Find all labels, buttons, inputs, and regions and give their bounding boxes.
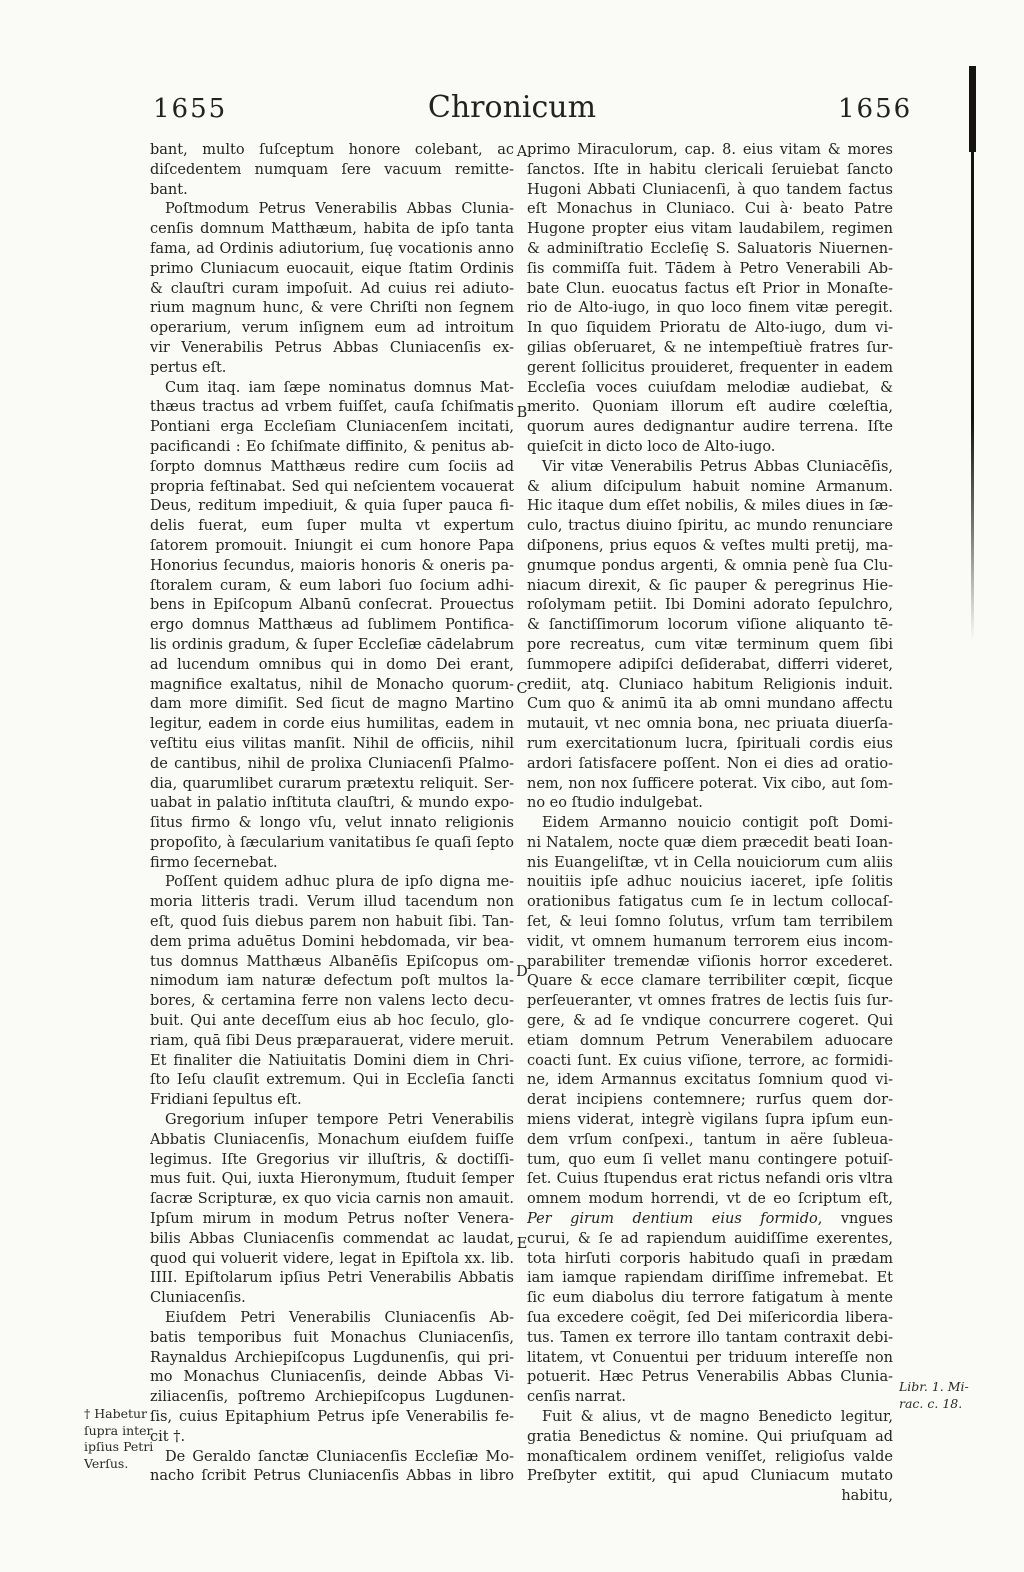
text-line: Eccleſia voces cuiuſdam melodiæ audiebat… <box>527 379 893 399</box>
text-line: quorum aures dedignantur audire terrena.… <box>527 418 893 438</box>
text-line: bant, multo ſuſceptum honore colebant, a… <box>150 141 514 161</box>
section-letter-D: D <box>514 964 530 980</box>
text-line: ſis commiſſa fuit. Tādem à Petro Venerab… <box>527 260 893 280</box>
text-line: lis ordinis gradum, & ſuper Eccleſiæ cād… <box>150 636 514 656</box>
text-line: fama, ad Ordinis adiutorium, ſuę vocatio… <box>150 240 514 260</box>
page-header: 1655 Chronicum 1656 <box>0 90 1024 132</box>
text-line: ſtoralem curam, & eum labori ſuo ſocium … <box>150 577 514 597</box>
book-page-scan: 1655 Chronicum 1656 bant, multo ſuſceptu… <box>0 0 1024 1572</box>
text-line: dia, quarumlibet curarum prætextu reliqu… <box>150 775 514 795</box>
text-line: nem, non nox ſufficere poterat. Vix cibo… <box>527 775 893 795</box>
text-line: propria feſtinabat. Sed qui neſcientem v… <box>150 478 514 498</box>
text-line: riam, quā ſibi Deus præparauerat, videre… <box>150 1032 514 1052</box>
text-line: thæus tractus ad vrbem fuiſſet, cauſa ſc… <box>150 398 514 418</box>
text-line: ſanctos. Iſte in habitu clericali ſeruie… <box>527 161 893 181</box>
text-line: parabiliter tremendæ viſionis horror exc… <box>527 953 893 973</box>
text-line: primo Miraculorum, cap. 8. eius vitam & … <box>527 141 893 161</box>
text-line: Quare & ecce clamare terribiliter cœpit,… <box>527 972 893 992</box>
text-line: rium magnum hunc, & vere Chriſti non ſeg… <box>150 299 514 319</box>
text-line: bores, & certamina ferre non valens lect… <box>150 992 514 1012</box>
text-line: cit †. <box>150 1428 514 1448</box>
text-line: ergo domnus Matthæus ad ſublimem Pontifi… <box>150 616 514 636</box>
text-line: nacho ſcribit Petrus Cluniacenſis Abbas … <box>150 1467 514 1487</box>
text-line: ſatorem promouit. Iniungit ei cum honore… <box>150 537 514 557</box>
section-letter-C: C <box>514 681 530 697</box>
scan-artifact-bar-fade <box>971 150 974 640</box>
text-line: Cum quo & animū ita ab omni mundano affe… <box>527 695 893 715</box>
text-line: perſeueranter, vt omnes fratres de lecti… <box>527 992 893 1012</box>
text-line: Cluniacenſis. <box>150 1289 514 1309</box>
text-line: cenſis domnum Matthæum, habita de ipſo t… <box>150 220 514 240</box>
text-line: miens viderat, integrè vigilans ſupra ip… <box>527 1111 893 1131</box>
text-line: Honorius ſecundus, maioris honoris & one… <box>150 557 514 577</box>
text-line: propoſito, à ſæcularium vanitatibus ſe q… <box>150 834 514 854</box>
text-line: roſolymam petiit. Ibi Domini adorato ſep… <box>527 596 893 616</box>
text-line: rum exercitationum lucra, ſpirituali cor… <box>527 735 893 755</box>
text-line: ziliacenſis, poſtremo Archiepiſcopus Lug… <box>150 1388 514 1408</box>
text-line: Hugoni Abbati Cluniacenſi, à quo tandem … <box>527 181 893 201</box>
text-line: gilias obſeruaret, & ne intempeſtiuè fra… <box>527 339 893 359</box>
text-line: veſtitu eius vilitas manſit. Nihil de of… <box>150 735 514 755</box>
text-line: tus. Tamen ex terrore illo tantam contra… <box>527 1329 893 1349</box>
text-line: magnifice exaltatus, nihil de Monacho qu… <box>150 676 514 696</box>
text-line: uabat in palatio inſtituta clauſtri, & m… <box>150 794 514 814</box>
text-line: tum, quo eum ſi vellet manu contingere p… <box>527 1151 893 1171</box>
text-column-left: bant, multo ſuſceptum honore colebant, a… <box>150 141 514 1487</box>
text-line: cenſis narrat. <box>527 1388 893 1408</box>
text-line: ſto Ieſu clauſit extremum. Qui in Eccleſ… <box>150 1071 514 1091</box>
text-line: dam more dimiſit. Sed ſicut de magno Mar… <box>150 695 514 715</box>
text-line: ſummopere adipiſci deſiderabat, differri… <box>527 656 893 676</box>
text-line: Poſtmodum Petrus Venerabilis Abbas Cluni… <box>150 200 514 220</box>
text-line: Poſſent quidem adhuc plura de ipſo digna… <box>150 873 514 893</box>
text-line: dem prima aduētus Domini hebdomada, vir … <box>150 933 514 953</box>
text-line: derat incipiens contemnere; rurſus quem … <box>527 1091 893 1111</box>
text-line: etiam domnum Petrum Venerabilem aduocare <box>527 1032 893 1052</box>
text-line: eſt, quod ſuis diebus parem non habuit ſ… <box>150 913 514 933</box>
text-line: Vir vitæ Venerabilis Petrus Abbas Clunia… <box>527 458 893 478</box>
text-line: ni Natalem, nocte quæ diem præcedit beat… <box>527 834 893 854</box>
text-line: & clauſtri curam impoſuit. Ad cuius rei … <box>150 280 514 300</box>
text-line: omnem modum horrendi, vt de eo ſcriptum … <box>527 1190 893 1210</box>
italic-quote: Per girum dentium eius formido <box>527 1211 818 1227</box>
text-line: litatem, vt Conuentui per triduum intere… <box>527 1349 893 1369</box>
text-line: Hugone propter eius vitam laudabilem, re… <box>527 220 893 240</box>
text-line: Deus, reditum impediuit, & quia ſuper pa… <box>150 497 514 517</box>
text-line: vir Venerabilis Petrus Abbas Cluniacenſi… <box>150 339 514 359</box>
text-line: ad lucendum omnibus qui in domo Dei eran… <box>150 656 514 676</box>
text-line: Abbatis Cluniacenſis, Monachum eiuſdem f… <box>150 1131 514 1151</box>
text-line: ipſius Petri <box>84 1439 166 1456</box>
text-line: no eo ſtudio indulgebat. <box>527 794 893 814</box>
text-line: bens in Epiſcopum Albanū conſecrat. Prou… <box>150 596 514 616</box>
text-line: bant. <box>150 181 514 201</box>
text-line: delis fuerat, eum ſuper multa vt expertu… <box>150 517 514 537</box>
text-line: In quo ſiquidem Prioratu de Alto-iugo, d… <box>527 319 893 339</box>
text-line: rediit, atq. Cluniaco habitum Religionis… <box>527 676 893 696</box>
text-line: nouitiis ipſe adhuc nouicius iaceret, ip… <box>527 873 893 893</box>
text-line: potuerit. Hæc Petrus Venerabilis Abbas C… <box>527 1368 893 1388</box>
text-column-right: primo Miraculorum, cap. 8. eius vitam & … <box>527 141 893 1507</box>
text-line: bate Clun. euocatus factus eſt Prior in … <box>527 280 893 300</box>
scan-artifact-bar-top <box>969 66 976 152</box>
page-number-right: 1656 <box>838 94 912 124</box>
text-line: mo Monachus Cluniacenſis, deinde Abbas V… <box>150 1368 514 1388</box>
text-line: ne, idem Armannus excitatus ſomnium quod… <box>527 1071 893 1091</box>
text-line: vidit, vt omnem humanum terrorem eius in… <box>527 933 893 953</box>
text-line: buit. Qui ante deceſſum eius ab hoc ſecu… <box>150 1012 514 1032</box>
text-line: Eidem Armanno nouicio contigit poſt Domi… <box>527 814 893 834</box>
text-line: iam iamque rapiendam diriſſime infremeba… <box>527 1269 893 1289</box>
text-line: gratia Benedictus & nomine. Qui priuſqua… <box>527 1428 893 1448</box>
text-line: Ipſum mirum in modum Petrus noſter Vener… <box>150 1210 514 1230</box>
margin-note-right: Libr. 1. Mi-rac. c. 18. <box>899 1379 991 1412</box>
text-line: primo Cluniacum euocauit, eique ſtatim O… <box>150 260 514 280</box>
text-line: ſet, & leui ſomno ſolutus, vrſum tam ter… <box>527 913 893 933</box>
text-line: rac. c. 18. <box>899 1396 991 1413</box>
text-line: Eiuſdem Petri Venerabilis Cluniacenſis A… <box>150 1309 514 1329</box>
text-line: ſua excedere coëgit, ſed Dei miſericordi… <box>527 1309 893 1329</box>
text-line: ſorpto domnus Matthæus redire cum ſociis… <box>150 458 514 478</box>
text-line: ſis, cuius Epitaphium Petrus ipſe Venera… <box>150 1408 514 1428</box>
text-line: pertus eſt. <box>150 359 514 379</box>
text-line: monaſticalem ordinem veniſſet, religioſu… <box>527 1448 893 1468</box>
text-line: pore recreatus, cum vitæ terminum quem ſ… <box>527 636 893 656</box>
text-line: dem vrſum conſpexi., tantum in aëre ſubl… <box>527 1131 893 1151</box>
text-line: moria litteris tradi. Verum illud tacend… <box>150 893 514 913</box>
text-line: & alium diſcipulum habuit nomine Armanum… <box>527 478 893 498</box>
text-line: † Habetur <box>84 1406 166 1423</box>
text-line: culo, tractus diuino ſpiritu, ac mundo r… <box>527 517 893 537</box>
text-line: ſitus firmo & longo vſu, velut innato re… <box>150 814 514 834</box>
text-line: mus fuit. Qui, iuxta Hieronymum, ſtuduit… <box>150 1170 514 1190</box>
text-line: Verſus. <box>84 1456 166 1473</box>
text-line: bilis Abbas Cluniacenſis commendat ac la… <box>150 1230 514 1250</box>
text-line: tota hirſuti corporis habitudo quaſi in … <box>527 1250 893 1270</box>
text-line: ſic eum diabolus diu terrore fatigatum à… <box>527 1289 893 1309</box>
text-line: ardori ſatisfacere poſſent. Non ei dies … <box>527 755 893 775</box>
text-line: Cum itaq. iam ſæpe nominatus domnus Mat- <box>150 379 514 399</box>
text-line: tus domnus Matthæus Albanēſis Epiſcopus … <box>150 953 514 973</box>
text-line: quod qui voluerit videre, legat in Epiſt… <box>150 1250 514 1270</box>
text-line: Preſbyter extitit, qui apud Cluniacum mu… <box>527 1467 893 1487</box>
section-letter-E: E <box>514 1236 530 1252</box>
text-line: rio de Alto-iugo, in quo loco finem vitæ… <box>527 299 893 319</box>
text-line: Et finaliter die Natiuitatis Domini diem… <box>150 1052 514 1072</box>
text-line: habitu, <box>527 1487 893 1507</box>
text-line: orationibus fatigatus cum ſe in lectum c… <box>527 893 893 913</box>
text-line: legitur, eadem in corde eius humilitas, … <box>150 715 514 735</box>
text-line: merito. Quoniam illorum eſt audire cœleſ… <box>527 398 893 418</box>
text-line: Fuit & alius, vt de magno Benedicto legi… <box>527 1408 893 1428</box>
text-line: operarium, verum inſignem eum ad introit… <box>150 319 514 339</box>
text-line: nis Euangeliſtæ, vt in Cella nouiciorum … <box>527 854 893 874</box>
text-line: ſet. Cuius ſtupendus erat rictus nefandi… <box>527 1170 893 1190</box>
text-line: ſupra inter <box>84 1423 166 1440</box>
text-line: quieſcit in dicto loco de Alto-iugo. <box>527 438 893 458</box>
text-line: Fridiani ſepultus eſt. <box>150 1091 514 1111</box>
text-line: & adminiſtratio Eccleſię S. Saluatoris N… <box>527 240 893 260</box>
text-line: pacificandi : Eo ſchiſmate diffinito, & … <box>150 438 514 458</box>
text-line: diſponens, prius equos & veſtes multi pr… <box>527 537 893 557</box>
text-line: diſcedentem numquam ſere vacuum remitte- <box>150 161 514 181</box>
text-line: IIII. Epiſtolarum ipſius Petri Venerabil… <box>150 1269 514 1289</box>
text-line: ſacræ Scripturæ, ex quo vicia carnis non… <box>150 1190 514 1210</box>
text-line: Raynaldus Archiepiſcopus Lugdunenſis, qu… <box>150 1349 514 1369</box>
text-line: gere, & ad ſe vndique concurrere cogeret… <box>527 1012 893 1032</box>
text-line: Pontiani erga Eccleſiam Cluniacenſem inc… <box>150 418 514 438</box>
text-line: niacum direxit, & ſic pauper & peregrinu… <box>527 577 893 597</box>
margin-note-left: † Habeturſupra interipſius PetriVerſus. <box>84 1406 166 1472</box>
text-line: & ſanctiſſimorum locorum viſione aliquan… <box>527 616 893 636</box>
text-line: nimodum iam naturæ defectum poſt multos … <box>150 972 514 992</box>
text-line: Hic itaque dum eſſet nobilis, & miles di… <box>527 497 893 517</box>
text-line: curui, & ſe ad rapiendum auidiſſime exer… <box>527 1230 893 1250</box>
text-line: batis temporibus fuit Monachus Cluniacen… <box>150 1329 514 1349</box>
text-line: De Geraldo ſanctæ Cluniacenſis Eccleſiæ … <box>150 1448 514 1468</box>
text-line: Per girum dentium eius formido, vngues l… <box>527 1210 893 1230</box>
text-line: Libr. 1. Mi- <box>899 1379 991 1396</box>
text-line: eſt Monachus in Cluniaco. Cui à· beato P… <box>527 200 893 220</box>
text-line: Gregorium inſuper tempore Petri Venerabi… <box>150 1111 514 1131</box>
text-line: gerent ſollicitus prouideret, frequenter… <box>527 359 893 379</box>
text-line: firmo ſecernebat. <box>150 854 514 874</box>
text-line: legimus. Iſte Gregorius vir illuſtris, &… <box>150 1151 514 1171</box>
text-line: mutauit, vt nec omnia bona, nec priuata … <box>527 715 893 735</box>
section-letter-B: B <box>514 405 530 421</box>
text-line: de cantibus, nihil de prolixa Cluniacenſ… <box>150 755 514 775</box>
section-letter-A: A <box>514 144 530 160</box>
text-line: gnumque pondus argenti, & omnia penè ſua… <box>527 557 893 577</box>
text-line: coacti ſunt. Ex cuius viſione, terrore, … <box>527 1052 893 1072</box>
